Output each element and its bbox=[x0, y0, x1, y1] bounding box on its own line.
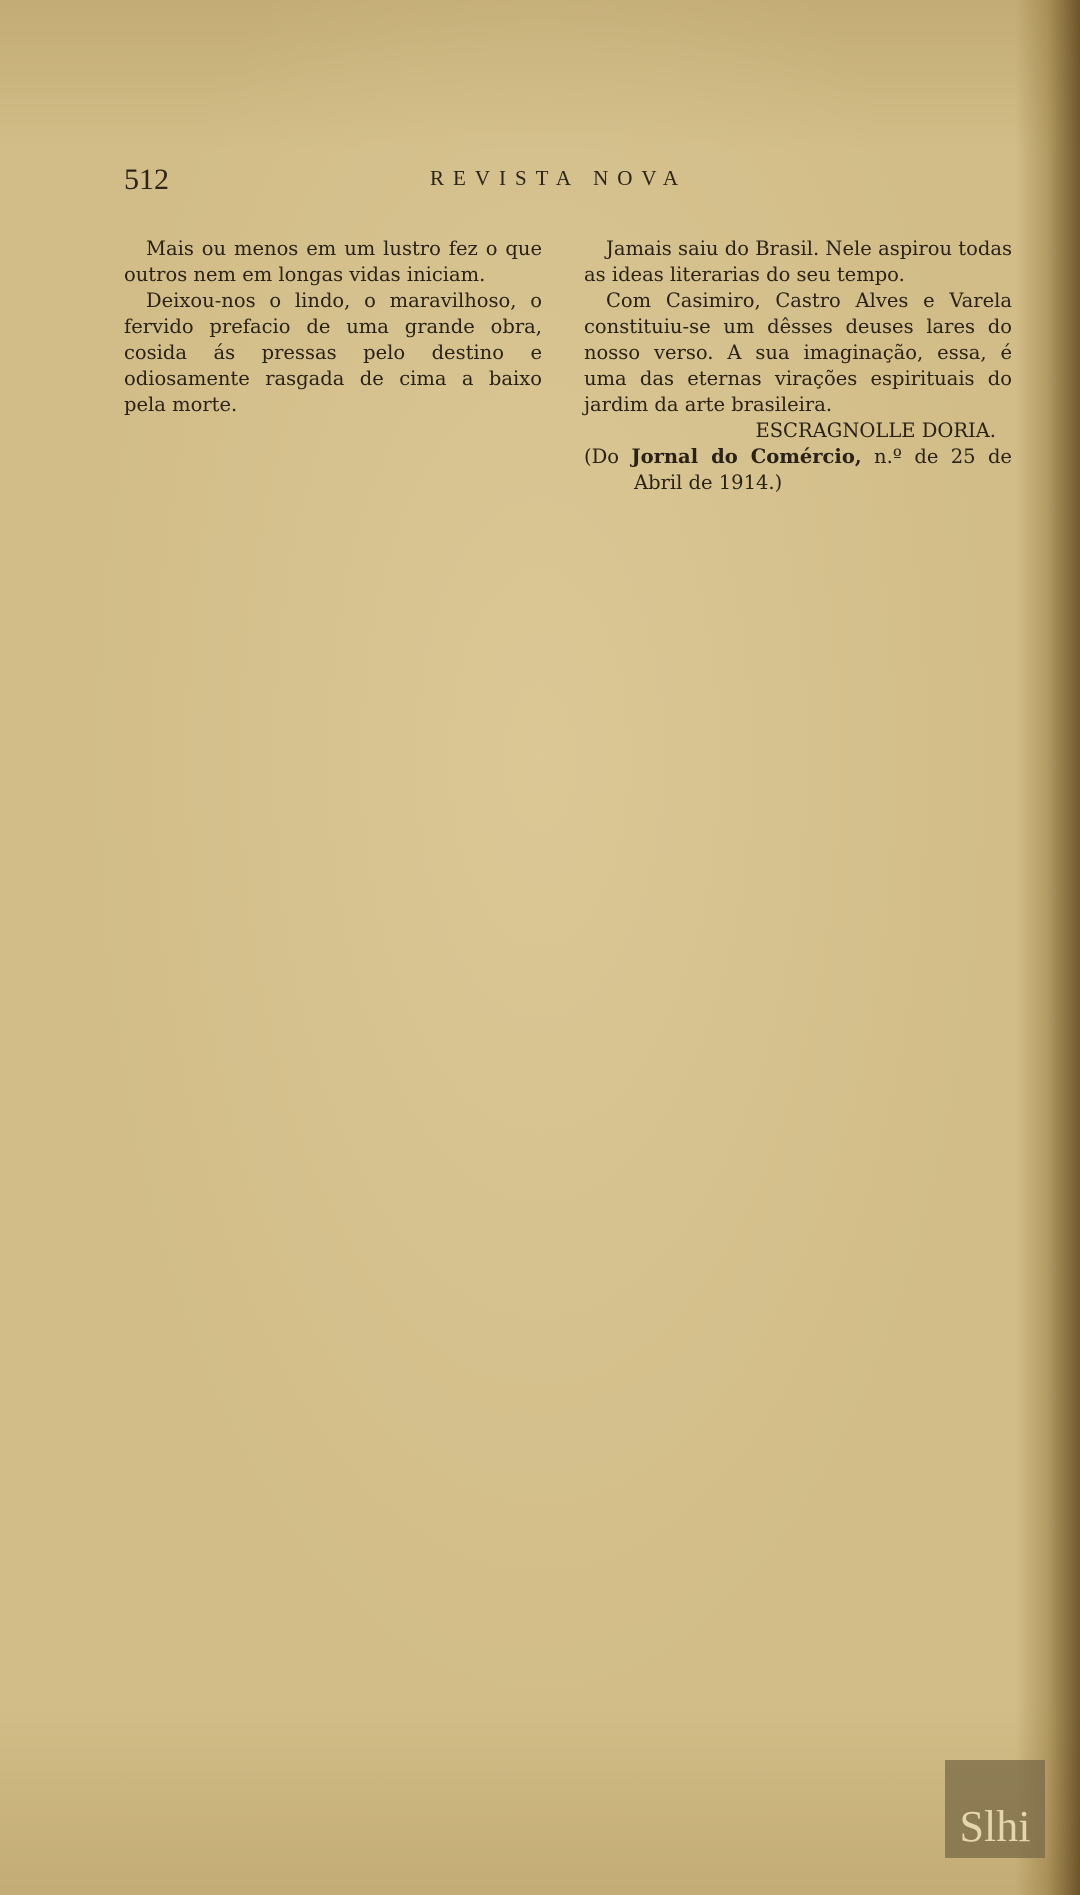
right-column: Jamais saiu do Brasil. Nele aspirou toda… bbox=[584, 236, 1012, 496]
page-number: 512 bbox=[124, 163, 169, 197]
source-journal: Jornal do Comércio, bbox=[631, 445, 861, 468]
source-citation: (Do Jornal do Comércio, n.º de 25 de Abr… bbox=[584, 444, 1012, 496]
paragraph: Com Casimiro, Castro Alves e Varela cons… bbox=[584, 288, 1012, 418]
logo-text: Slhi bbox=[960, 1801, 1031, 1852]
library-logo: Slhi bbox=[945, 1760, 1045, 1858]
running-title: REVISTA NOVA bbox=[430, 166, 687, 191]
source-prefix: (Do bbox=[584, 445, 619, 468]
paragraph: Deixou-nos o lindo, o maravilhoso, o fer… bbox=[124, 288, 542, 418]
paragraph: Mais ou menos em um lustro fez o que out… bbox=[124, 236, 542, 288]
paragraph: Jamais saiu do Brasil. Nele aspirou toda… bbox=[584, 236, 1012, 288]
author-signature: ESCRAGNOLLE DORIA. bbox=[584, 418, 1012, 444]
left-column: Mais ou menos em um lustro fez o que out… bbox=[124, 236, 542, 418]
